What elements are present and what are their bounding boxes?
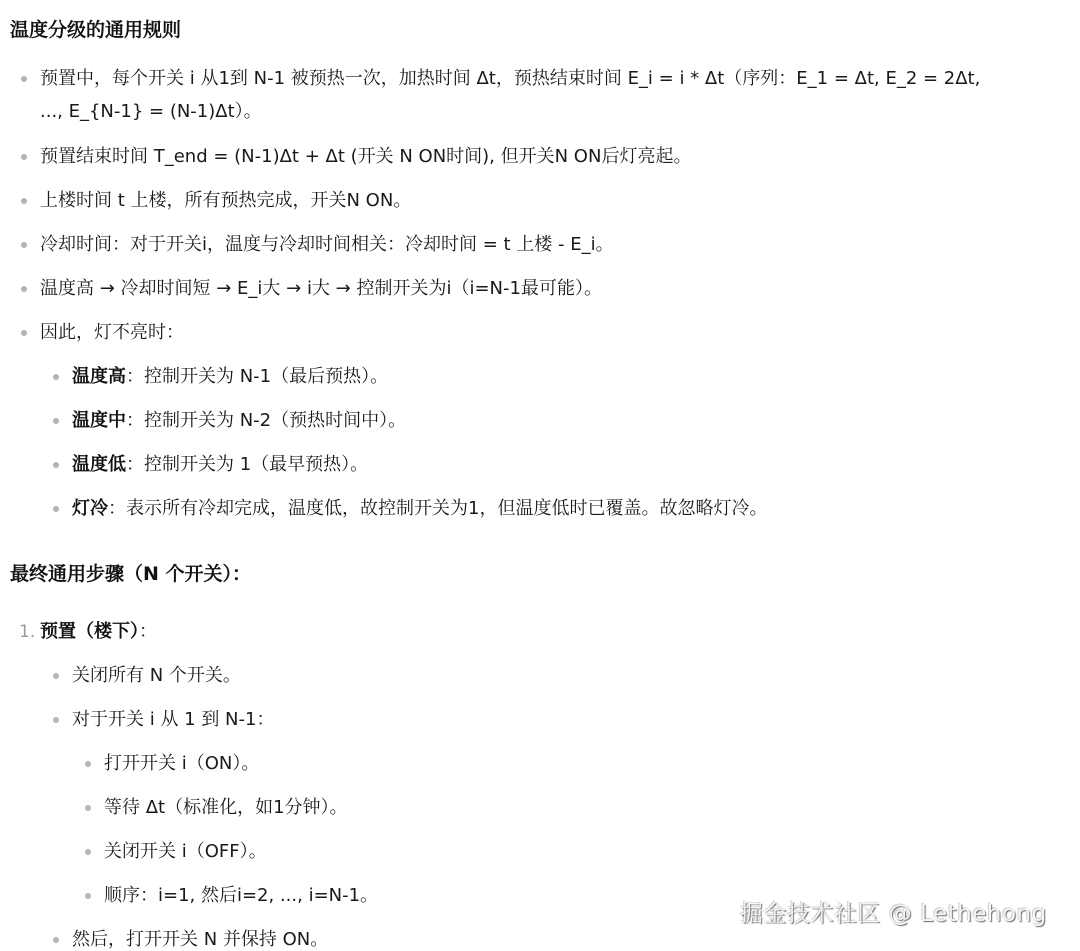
text-temperature-low: ：控制开关为 1（最早预热）。: [126, 454, 368, 475]
list-item-preheat-line2: ..., E_{N-1} = (N-1)Δt）。: [40, 100, 262, 124]
bullet-icon: [21, 286, 27, 292]
label-temperature-high: 温度高: [72, 366, 126, 387]
section-heading-temperature-rules: 温度分级的通用规则: [10, 15, 181, 42]
bullet-icon: [53, 374, 59, 380]
step-subitem-wait: 等待 Δt（标准化，如1分钟）。: [104, 796, 348, 820]
bullet-icon: [21, 154, 27, 160]
sub-item-light-cold: 灯冷：表示所有冷却完成，温度低，故控制开关为1，但温度低时已覆盖。故忽略灯冷。: [72, 497, 767, 521]
sub-item-temperature-low: 温度低：控制开关为 1（最早预热）。: [72, 453, 368, 477]
bullet-icon: [53, 673, 59, 679]
bullet-icon: [85, 849, 91, 855]
step-item-turn-on-switch-n: 然后，打开开关 N 并保持 ON。: [72, 928, 328, 951]
label-light-cold: 灯冷: [72, 498, 108, 519]
step-subitem-turn-on: 打开开关 i（ON）。: [104, 752, 259, 776]
bullet-icon: [85, 805, 91, 811]
bullet-icon: [21, 330, 27, 336]
bullet-icon: [21, 76, 27, 82]
text-temperature-high: ：控制开关为 N-1（最后预热）。: [126, 366, 388, 387]
list-item-preheat-line1: 预置中，每个开关 i 从1到 N-1 被预热一次，加热时间 Δt，预热结束时间 …: [40, 67, 980, 91]
list-item-preset-end-time: 预置结束时间 T_end = (N-1)Δt + Δt (开关 N ON时间),…: [40, 145, 691, 169]
bullet-icon: [53, 418, 59, 424]
list-item-high-temperature-logic: 温度高 → 冷却时间短 → E_i大 → i大 → 控制开关为i（i=N-1最可…: [40, 277, 602, 301]
bullet-icon: [53, 506, 59, 512]
step-number: 1.: [19, 622, 35, 642]
step-title-text: 预置（楼下）: [40, 621, 139, 642]
bullet-icon: [53, 717, 59, 723]
bullet-icon: [21, 242, 27, 248]
bullet-icon: [85, 761, 91, 767]
step-subitem-turn-off: 关闭开关 i（OFF）。: [104, 840, 267, 864]
step-subitem-order: 顺序：i=1, 然后i=2, ..., i=N-1。: [104, 884, 378, 908]
step-title-suffix: ：: [139, 621, 157, 642]
text-temperature-medium: ：控制开关为 N-2（预热时间中）。: [126, 410, 406, 431]
section-heading-final-steps: 最终通用步骤（N 个开关）：: [10, 559, 251, 586]
watermark: 掘金技术社区 @ Lethehong: [740, 895, 1047, 928]
list-item-upstairs-time: 上楼时间 t 上楼，所有预热完成，开关N ON。: [40, 189, 411, 213]
bullet-icon: [53, 937, 59, 943]
list-item-therefore: 因此，灯不亮时：: [40, 321, 184, 345]
bullet-icon: [21, 198, 27, 204]
bullet-icon: [53, 462, 59, 468]
label-temperature-medium: 温度中: [72, 410, 126, 431]
step-item-for-each-switch: 对于开关 i 从 1 到 N-1：: [72, 708, 274, 732]
sub-item-temperature-high: 温度高：控制开关为 N-1（最后预热）。: [72, 365, 388, 389]
sub-item-temperature-medium: 温度中：控制开关为 N-2（预热时间中）。: [72, 409, 406, 433]
label-temperature-low: 温度低: [72, 454, 126, 475]
text-light-cold: ：表示所有冷却完成，温度低，故控制开关为1，但温度低时已覆盖。故忽略灯冷。: [108, 498, 767, 519]
step-item-close-all-switches: 关闭所有 N 个开关。: [72, 664, 241, 688]
list-item-cooling-time: 冷却时间：对于开关i，温度与冷却时间相关：冷却时间 = t 上楼 - E_i。: [40, 233, 614, 257]
step-title-preset-downstairs: 预置（楼下）：: [40, 620, 157, 644]
bullet-icon: [85, 893, 91, 899]
